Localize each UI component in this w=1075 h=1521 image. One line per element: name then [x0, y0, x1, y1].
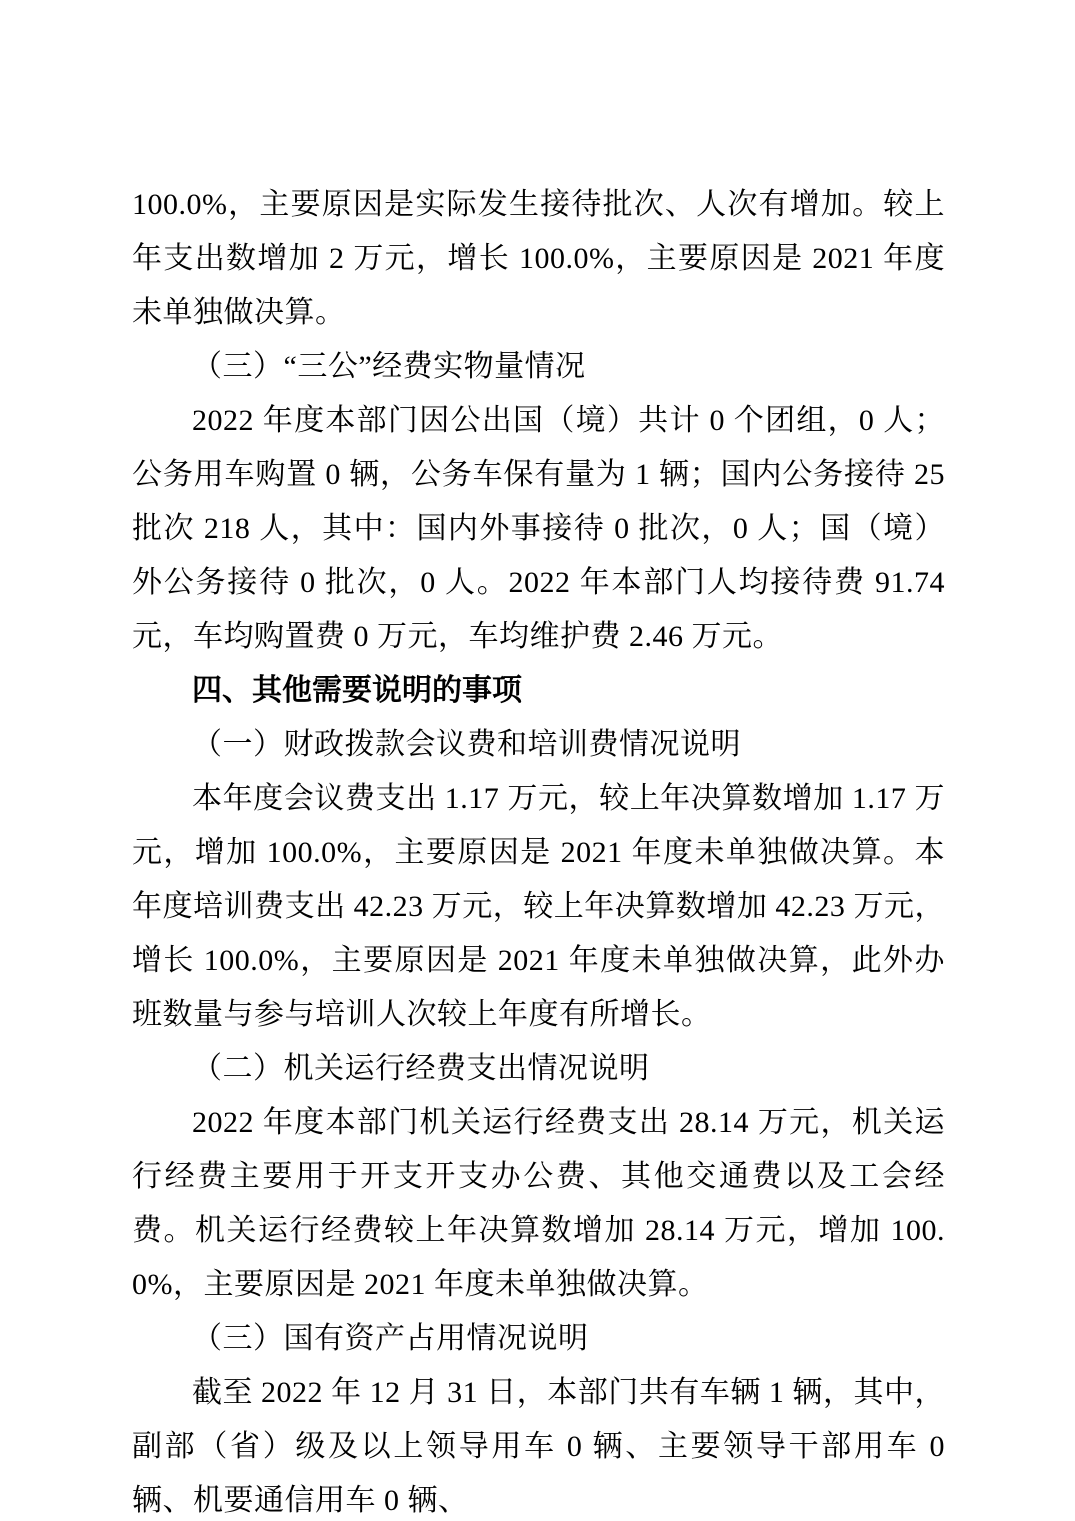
- subheading-meeting-and-training-fees: （一）财政拨款会议费和培训费情况说明: [132, 718, 945, 772]
- paragraph-three-public-expenses-details: 2022 年度本部门因公出国（境）共计 0 个团组，0 人；公务用车购置 0 辆…: [132, 394, 945, 664]
- subheading-three-public-expenses-physical-quantity: （三）“三公”经费实物量情况: [132, 340, 945, 394]
- paragraph-agency-operating-expenses-details: 2022 年度本部门机关运行经费支出 28.14 万元，机关运行经费主要用于开支…: [132, 1096, 945, 1312]
- paragraph-meeting-and-training-fees-details: 本年度会议费支出 1.17 万元，较上年决算数增加 1.17 万元，增加 100…: [132, 772, 945, 1042]
- subheading-agency-operating-expenses: （二）机关运行经费支出情况说明: [132, 1042, 945, 1096]
- paragraph-state-owned-assets-vehicles-details: 截至 2022 年 12 月 31 日，本部门共有车辆 1 辆，其中，副部（省）…: [132, 1366, 945, 1521]
- section-heading-other-matters: 四、其他需要说明的事项: [132, 664, 945, 718]
- document-page: 100.0%，主要原因是实际发生接待批次、人次有增加。较上年支出数增加 2 万元…: [0, 0, 1075, 1521]
- paragraph-official-reception-increase-continued: 100.0%，主要原因是实际发生接待批次、人次有增加。较上年支出数增加 2 万元…: [132, 178, 945, 340]
- subheading-state-owned-assets-occupancy: （三）国有资产占用情况说明: [132, 1312, 945, 1366]
